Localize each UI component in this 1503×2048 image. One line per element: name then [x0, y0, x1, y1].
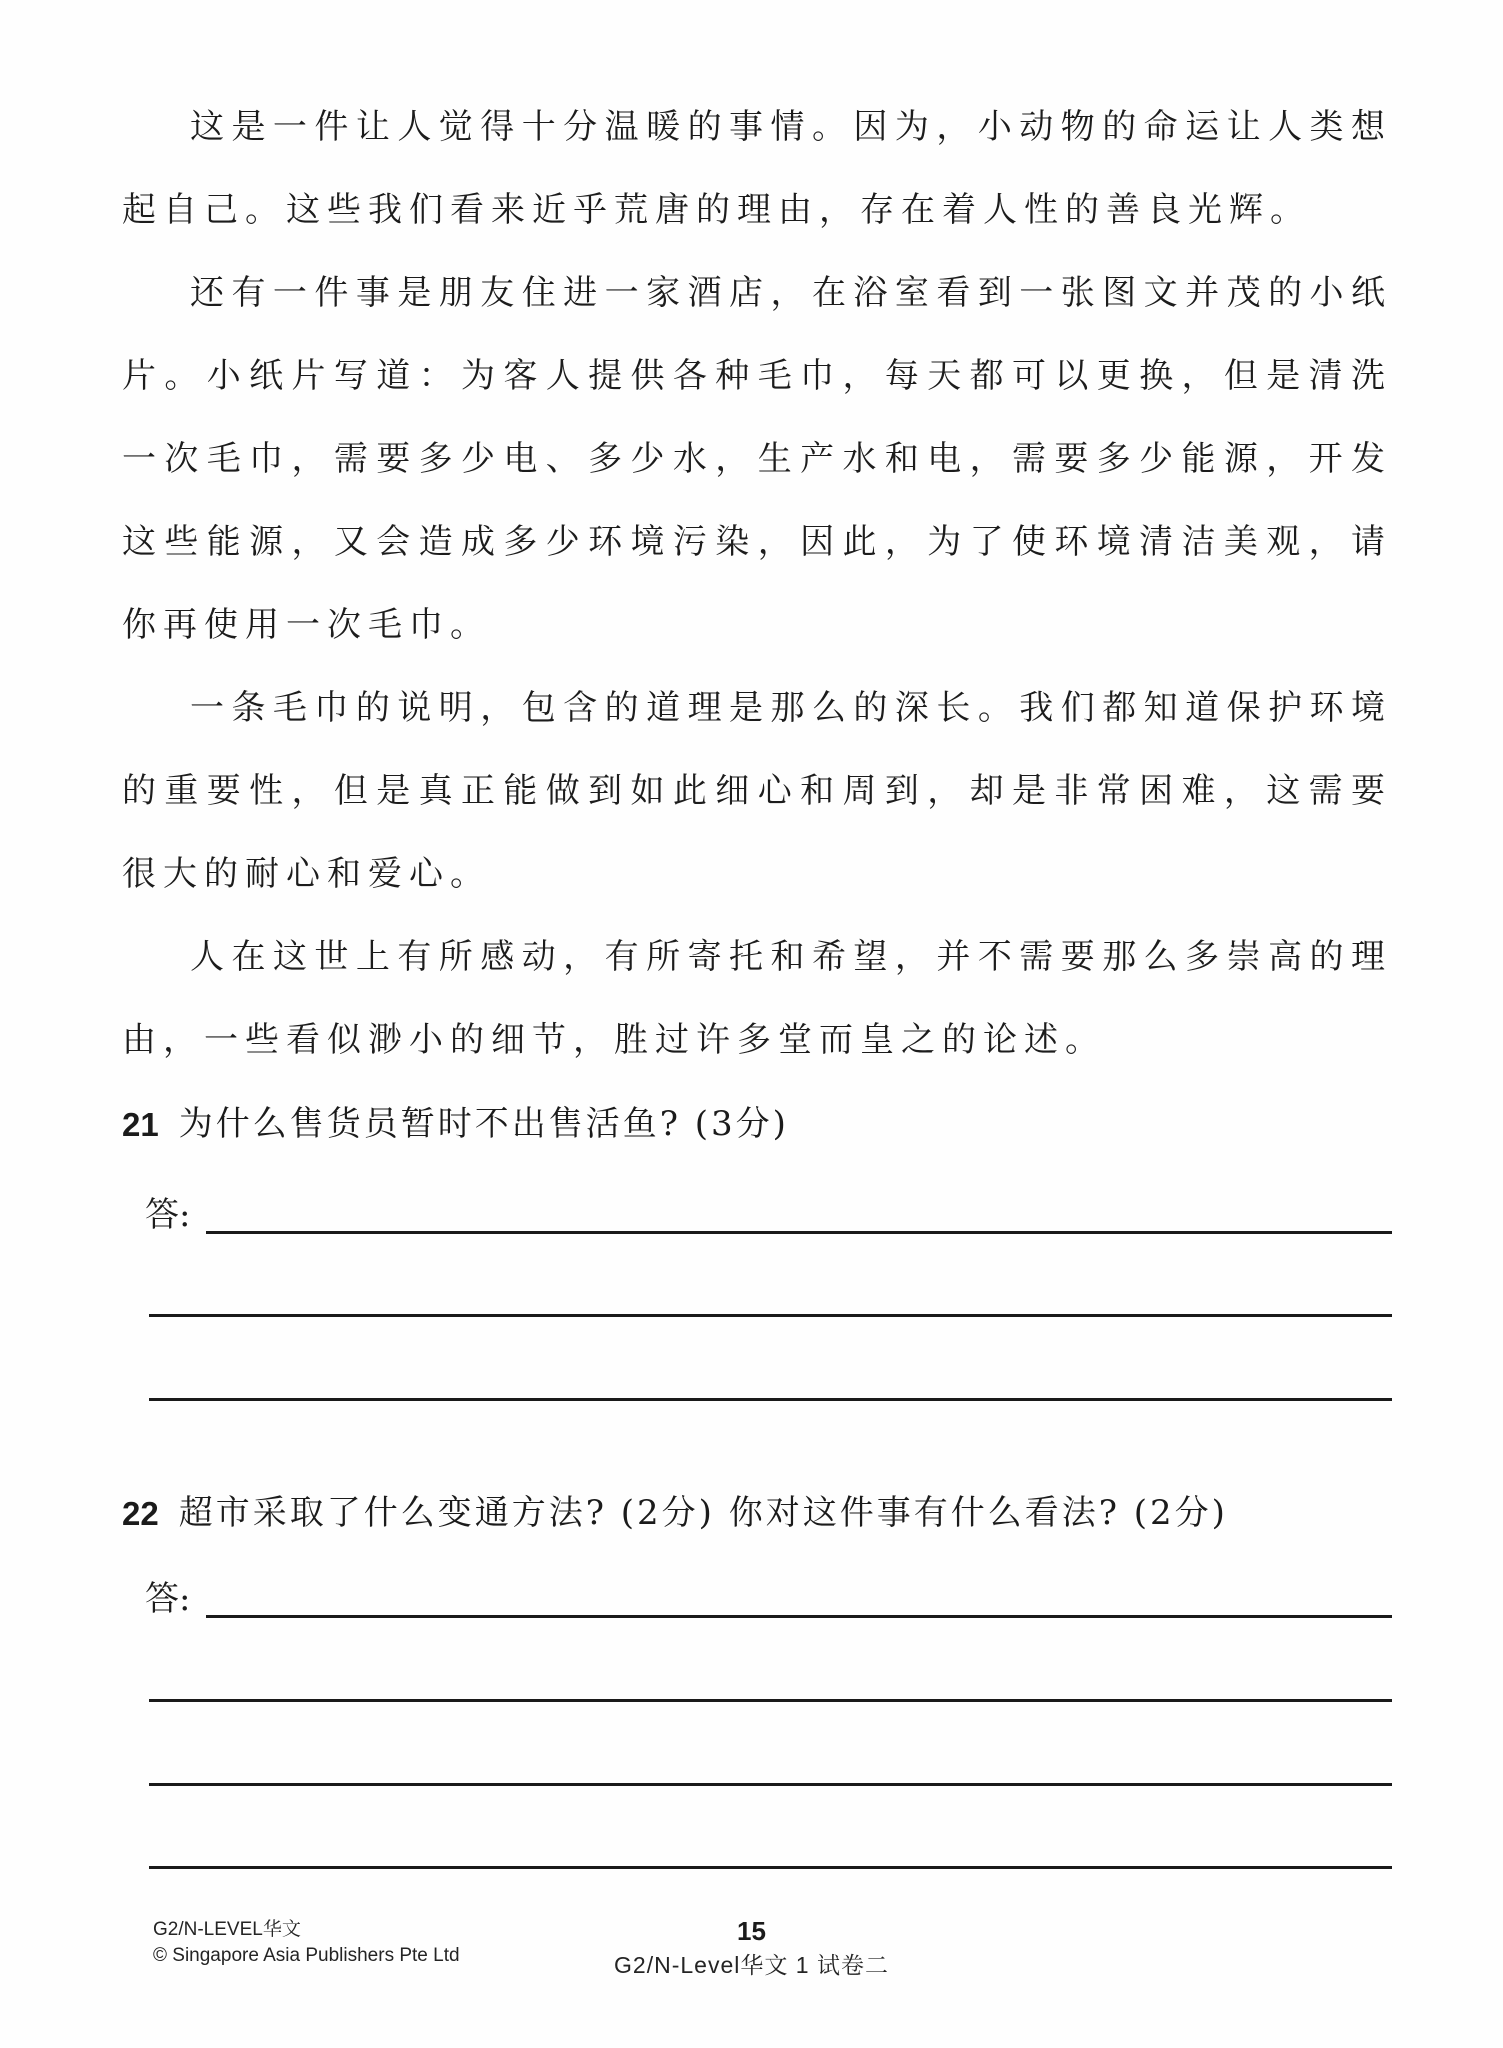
exam-page: 这是一件让人觉得十分温暖的事情。因为，小动物的命运让人类想起自己。这些我们看来近… [0, 0, 1503, 2048]
answer-row: 答: [122, 1165, 1392, 1234]
passage-paragraph: 人在这世上有所感动，有所寄托和希望，并不需要那么多崇高的理由，一些看似渺小的细节… [122, 916, 1392, 1082]
question-block-22: 22超市采取了什么变通方法? (2分) 你对这件事有什么看法? (2分) 答: [122, 1471, 1392, 1869]
passage-paragraph: 一条毛巾的说明，包含的道理是那么的深长。我们都知道保护环境的重要性，但是真正能做… [122, 667, 1392, 916]
answer-line [206, 1231, 1392, 1234]
page-footer-center: 15 G2/N-Level华文 1 试卷二 [0, 1916, 1503, 1980]
question-row: 21为什么售货员暂时不出售活鱼? (3分) [122, 1082, 1392, 1165]
question-text: 为什么售货员暂时不出售活鱼? (3分) [179, 1104, 789, 1144]
question-block-21: 21为什么售货员暂时不出售活鱼? (3分) 答: [122, 1082, 1392, 1401]
answer-line [149, 1317, 1392, 1401]
answer-line [149, 1702, 1392, 1786]
question-row: 22超市采取了什么变通方法? (2分) 你对这件事有什么看法? (2分) [122, 1471, 1392, 1554]
answer-row: 答: [122, 1554, 1392, 1618]
question-number: 21 [122, 1106, 159, 1143]
answer-label: 答: [145, 1196, 190, 1234]
answer-line [149, 1618, 1392, 1702]
page-content: 这是一件让人觉得十分温暖的事情。因为，小动物的命运让人类想起自己。这些我们看来近… [122, 86, 1392, 1869]
answer-line [206, 1615, 1392, 1618]
answer-line [149, 1234, 1392, 1317]
question-number: 22 [122, 1495, 159, 1532]
question-text: 超市采取了什么变通方法? (2分) 你对这件事有什么看法? (2分) [179, 1493, 1228, 1533]
answer-line [149, 1786, 1392, 1869]
answer-label: 答: [145, 1580, 190, 1618]
passage-paragraph: 这是一件让人觉得十分温暖的事情。因为，小动物的命运让人类想起自己。这些我们看来近… [122, 86, 1392, 252]
footer-caption: G2/N-Level华文 1 试卷二 [0, 1950, 1503, 1980]
passage-paragraph: 还有一件事是朋友住进一家酒店，在浴室看到一张图文并茂的小纸片。小纸片写道：为客人… [122, 252, 1392, 667]
page-number: 15 [0, 1916, 1503, 1946]
passage: 这是一件让人觉得十分温暖的事情。因为，小动物的命运让人类想起自己。这些我们看来近… [122, 86, 1392, 1082]
